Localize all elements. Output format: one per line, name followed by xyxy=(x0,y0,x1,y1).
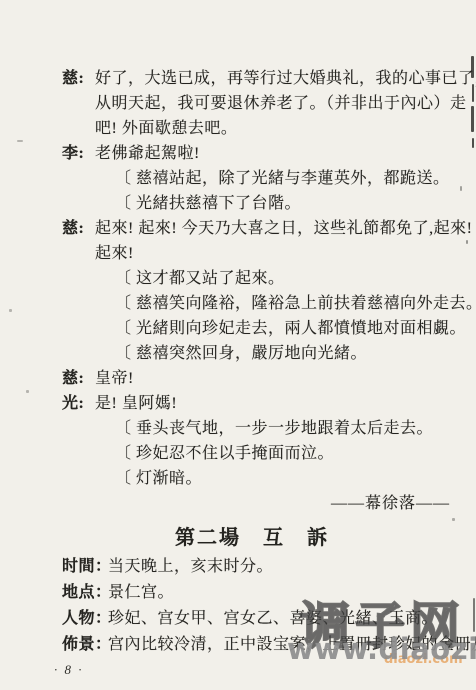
line-text: 起來! xyxy=(95,245,134,262)
stage-direction: 〔 这才都又站了起來。 xyxy=(0,266,476,291)
meta-label: 时間： xyxy=(62,554,108,580)
line-text: 吧! 外面歇憩去吧。 xyxy=(95,120,237,137)
line-text: 〔 这才都又站了起來。 xyxy=(115,270,285,287)
stage-direction: 〔 灯渐暗。 xyxy=(0,466,476,491)
meta-label: 佈景： xyxy=(62,632,108,658)
page-number: · 8 · xyxy=(54,662,84,678)
stage-direction: 〔 珍妃忍不住以手掩面而泣。 xyxy=(0,441,476,466)
line-text: 〔 灯渐暗。 xyxy=(115,470,202,487)
line-text: 〔 垂头丧气地，一步一步地跟着太后走去。 xyxy=(115,420,433,437)
line-text: ——幕徐落—— xyxy=(331,495,450,512)
stage-direction: 〔 光緒扶慈禧下了台階。 xyxy=(0,191,476,216)
scene-meta-line: 时間：当天晚上，亥末时分。 xyxy=(0,554,476,580)
stage-direction: 〔 垂头丧气地，一步一步地跟着太后走去。 xyxy=(0,416,476,441)
dialog-line: 慈:起來! 起來! 今天乃大喜之日，这些礼節都免了,起來! xyxy=(0,216,476,241)
speaker-label: 李: xyxy=(62,141,95,166)
scene-heading: 第二場 互 訴 xyxy=(0,522,476,554)
line-text: 老佛爺起駕啦! xyxy=(95,145,200,162)
line-text: 〔 慈禧笑向隆裕，隆裕急上前扶着慈禧向外走去。 xyxy=(115,295,476,312)
dialog-line: 慈:皇帝! xyxy=(0,366,476,391)
line-text: 〔 慈禧站起，除了光緒与李蓮英外，都跪送。 xyxy=(115,170,450,187)
line-text: 起來! 起來! 今天乃大喜之日，这些礼節都免了,起來! xyxy=(95,220,473,237)
dialog-line: 李:老佛爺起駕啦! xyxy=(0,141,476,166)
meta-label: 地点： xyxy=(62,580,108,606)
line-text: 〔 光緒則向珍妃走去，兩人都憤憤地对面相覷。 xyxy=(115,320,466,337)
speaker-label: 慈: xyxy=(62,66,95,91)
dialog-line: 慈:好了，大选已成，再等行过大婚典礼，我的心事已了， xyxy=(0,66,476,91)
scan-artifact xyxy=(473,598,475,632)
line-text: 从明天起，我可要退休养老了。（并非出于內心）走 xyxy=(95,95,467,112)
speaker-label: 慈: xyxy=(62,366,95,391)
line-text: 当天晚上，亥末时分。 xyxy=(108,558,273,575)
scan-artifact xyxy=(466,240,468,244)
watermark-url: www.diaozi.com xyxy=(287,632,476,666)
scan-artifact xyxy=(460,186,462,191)
line-text: 景仁宫。 xyxy=(108,584,174,601)
dialog-continuation-line: 从明天起，我可要退休养老了。（并非出于內心）走 xyxy=(0,91,476,116)
line-text: 〔 慈禧突然回身，嚴厉地向光緒。 xyxy=(115,345,367,362)
dialog-continuation-line: 吧! 外面歇憩去吧。 xyxy=(0,116,476,141)
scan-artifact xyxy=(472,84,474,102)
scan-artifact xyxy=(452,518,455,521)
stage-direction: 〔 慈禧突然回身，嚴厉地向光緒。 xyxy=(0,341,476,366)
scan-artifact xyxy=(471,56,474,78)
meta-label: 人物： xyxy=(62,606,108,632)
line-text: 第二場 互 訴 xyxy=(175,527,329,549)
line-text: 〔 珍妃忍不住以手掩面而泣。 xyxy=(115,445,334,462)
scan-artifact xyxy=(17,140,23,142)
scan-artifact xyxy=(9,309,12,312)
stage-direction: 〔 慈禧站起，除了光緒与李蓮英外，都跪送。 xyxy=(0,166,476,191)
speaker-label: 光: xyxy=(62,391,95,416)
line-text: 〔 光緒扶慈禧下了台階。 xyxy=(115,195,301,212)
script-text-block: 慈:好了，大选已成，再等行过大婚典礼，我的心事已了，从明天起，我可要退休养老了。… xyxy=(0,0,476,658)
stage-direction: 〔 光緒則向珍妃走去，兩人都憤憤地对面相覷。 xyxy=(0,316,476,341)
line-text: 皇帝! xyxy=(95,370,134,387)
line-text: 是! 皇阿媽! xyxy=(95,395,177,412)
scan-artifact xyxy=(471,106,474,132)
speaker-label: 慈: xyxy=(62,216,95,241)
book-page: 慈:好了，大选已成，再等行过大婚典礼，我的心事已了，从明天起，我可要退休养老了。… xyxy=(0,0,476,690)
scan-artifact xyxy=(472,138,474,148)
curtain-falls-note: ——幕徐落—— xyxy=(0,491,476,516)
line-text: 好了，大选已成，再等行过大婚典礼，我的心事已了， xyxy=(95,70,476,87)
scan-artifact xyxy=(26,390,29,393)
dialog-line: 光:是! 皇阿媽! xyxy=(0,391,476,416)
stage-direction: 〔 慈禧笑向隆裕，隆裕急上前扶着慈禧向外走去。 xyxy=(0,291,476,316)
dialog-continuation-line: 起來! xyxy=(0,241,476,266)
